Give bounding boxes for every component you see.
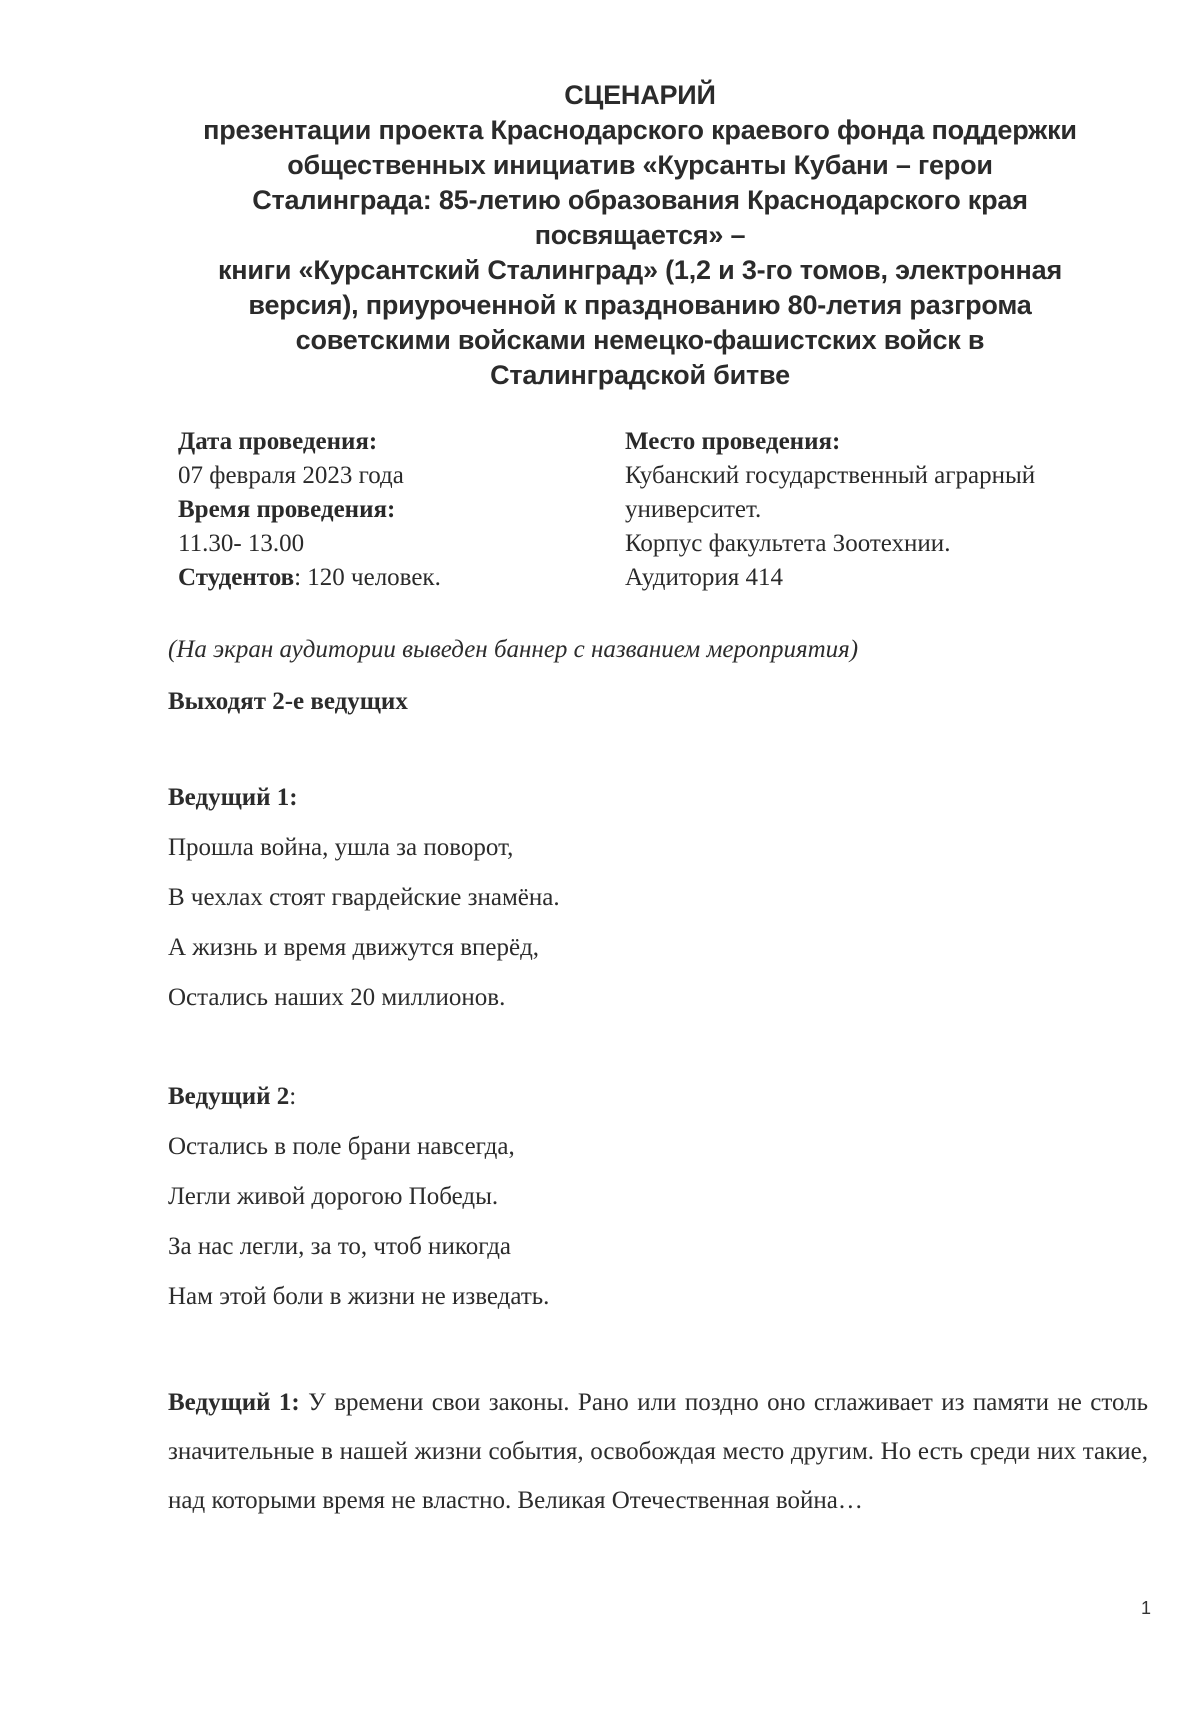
subtitle-line: книги «Курсантский Сталинград» (1,2 и 3-… bbox=[160, 253, 1120, 288]
verse-line: Остались наших 20 миллионов. bbox=[168, 984, 505, 1012]
host1-label: Ведущий 1: bbox=[168, 784, 298, 812]
verse-line: Остались в поле брани навсегда, bbox=[168, 1133, 515, 1161]
host1-speech-label: Ведущий 1: bbox=[168, 1389, 300, 1416]
host1-speech-paragraph: Ведущий 1: У времени свои законы. Рано и… bbox=[168, 1378, 1148, 1525]
event-place-block: Место проведения: Кубанский государствен… bbox=[625, 425, 1145, 595]
students-label: Студентов bbox=[178, 564, 294, 591]
stage-direction: (На экран аудитории выведен баннер с наз… bbox=[168, 636, 858, 664]
place-line: университет. bbox=[625, 493, 1145, 527]
place-line: Кубанский государственный аграрный bbox=[625, 459, 1145, 493]
students-value: : 120 человек. bbox=[294, 564, 441, 591]
date-value: 07 февраля 2023 года bbox=[178, 459, 608, 493]
verse-line: За нас легли, за то, чтоб никогда bbox=[168, 1233, 511, 1261]
host2-label-line: Ведущий 2: bbox=[168, 1083, 296, 1111]
subtitle-line: Сталинградской битве bbox=[160, 358, 1120, 393]
host1-speech-text: У времени свои законы. Рано или поздно о… bbox=[168, 1389, 1148, 1514]
subtitle-line: советскими войсками немецко-фашистских в… bbox=[160, 323, 1120, 358]
hosts-enter: Выходят 2-е ведущих bbox=[168, 688, 408, 716]
document-heading: СЦЕНАРИЙ презентации проекта Краснодарск… bbox=[160, 78, 1120, 393]
time-label: Время проведения: bbox=[178, 496, 395, 523]
event-datetime-block: Дата проведения: 07 февраля 2023 года Вр… bbox=[178, 425, 608, 595]
subtitle-line: презентации проекта Краснодарского краев… bbox=[160, 113, 1120, 148]
subtitle-line: версия), приуроченной к празднованию 80-… bbox=[160, 288, 1120, 323]
place-line: Корпус факультета Зоотехнии. bbox=[625, 527, 1145, 561]
subtitle-line: посвящается» – bbox=[160, 218, 1120, 253]
page-number: 1 bbox=[1141, 1598, 1151, 1619]
document-page: СЦЕНАРИЙ презентации проекта Краснодарск… bbox=[0, 0, 1200, 1714]
verse-line: Прошла война, ушла за поворот, bbox=[168, 834, 513, 862]
subtitle-line: Сталинграда: 85-летию образования Красно… bbox=[160, 183, 1120, 218]
verse-line: А жизнь и время движутся вперёд, bbox=[168, 934, 539, 962]
time-value: 11.30- 13.00 bbox=[178, 527, 608, 561]
verse-line: Нам этой боли в жизни не изведать. bbox=[168, 1283, 549, 1311]
place-line: Аудитория 414 bbox=[625, 561, 1145, 595]
document-title: СЦЕНАРИЙ bbox=[160, 78, 1120, 113]
place-label: Место проведения: bbox=[625, 428, 840, 455]
verse-line: Легли живой дорогою Победы. bbox=[168, 1183, 498, 1211]
subtitle-line: общественных инициатив «Курсанты Кубани … bbox=[160, 148, 1120, 183]
date-label: Дата проведения: bbox=[178, 428, 377, 455]
verse-line: В чехлах стоят гвардейские знамёна. bbox=[168, 884, 560, 912]
host2-colon: : bbox=[289, 1083, 296, 1110]
host2-label: Ведущий 2 bbox=[168, 1083, 289, 1110]
